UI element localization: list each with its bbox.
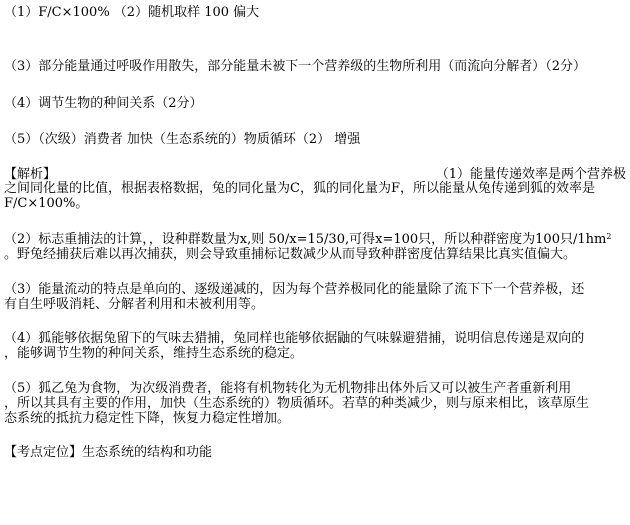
- analysis-p5-row1: （5）狐乙兔为食物，为次级消费者，能将有机物转化为无机物排出体外后又可以被生产者…: [4, 381, 628, 396]
- kaodian-label: 【考点定位】: [4, 445, 82, 460]
- analysis-p5-row3: 态系统的抵抗力稳定性下降，恢复力稳定性增加。: [4, 411, 628, 426]
- analysis-p5-row2: ，所以其具有主要的作用，加快（生态系统的）物质循环。若草的种类减少，则与原来相比…: [4, 396, 628, 411]
- analysis-p3-row2: 有自生呼吸消耗、分解者利用和未被利用等。: [4, 297, 628, 312]
- analysis-p4-row2: ，能够调节生物的种间关系，维持生态系统的稳定。: [4, 346, 628, 361]
- analysis-p1: 之间同化量的比值，根据表格数据，兔的同化量为C，狐的同化量为F，所以能量从兔传递…: [4, 181, 628, 211]
- analysis-p1-row2: 之间同化量的比值，根据表格数据，兔的同化量为C，狐的同化量为F，所以能量从兔传递…: [4, 181, 628, 196]
- answer-5: （5）（次级）消费者 加快（生态系统的）物质循环（2） 增强: [4, 132, 360, 148]
- answer-4: （4）调节生物的种间关系（2分）: [4, 96, 203, 112]
- answer-1: （1）F/C×100% （2）随机取样 100 偏大: [4, 5, 259, 21]
- analysis-p2: （2）标志重捕法的计算，，设种群数量为x,则 50/x=15/30,可得x=10…: [4, 232, 628, 262]
- analysis-p2-row1-main: （2）标志重捕法的计算，，设种群数量为x,则 50/x=15/30,可得x=10…: [4, 232, 606, 247]
- analysis-p3: （3）能量流动的特点是单向的、逐级递减的，因为每个营养极同化的能量除了流下下一个…: [4, 282, 628, 312]
- analysis-p2-row2: 。野兔经捕获后难以再次捕获，则会导致重捕标记数减少从而导致种群密度估算结果比真实…: [4, 247, 628, 262]
- analysis-p2-row1: （2）标志重捕法的计算，，设种群数量为x,则 50/x=15/30,可得x=10…: [4, 232, 628, 247]
- analysis-p4-row1: （4）狐能够依据兔留下的气味去猎捕，兔同样也能够依据鼬的气味躲避猎捕，说明信息传…: [4, 331, 628, 346]
- kaodian-section: 【考点定位】生态系统的结构和功能: [4, 445, 212, 461]
- analysis-p3-row1: （3）能量流动的特点是单向的、逐级递减的，因为每个营养极同化的能量除了流下下一个…: [4, 282, 628, 297]
- analysis-p2-row1-sup: 2: [606, 232, 611, 241]
- analysis-p1-row3: F/C×100%。: [4, 196, 628, 211]
- analysis-p4: （4）狐能够依据兔留下的气味去猎捕，兔同样也能够依据鼬的气味躲避猎捕，说明信息传…: [4, 331, 628, 361]
- kaodian-text: 生态系统的结构和功能: [82, 445, 212, 460]
- answer-3: （3）部分能量通过呼吸作用散失，部分能量未被下一个营养级的生物所利用（而流向分解…: [4, 59, 586, 75]
- analysis-p5: （5）狐乙兔为食物，为次级消费者，能将有机物转化为无机物排出体外后又可以被生产者…: [4, 381, 628, 426]
